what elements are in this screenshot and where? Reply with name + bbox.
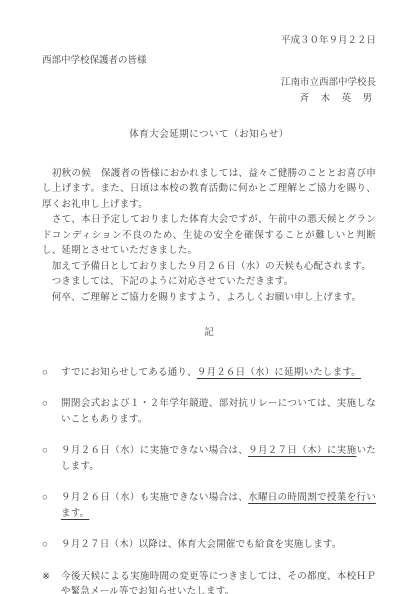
paragraph-greeting: 初秋の候 保護者の皆様におかれましては、益々ご健勝のこととお喜び申し上げます。ま… xyxy=(42,167,376,214)
notice-item-1-text: すでにお知らせしてある通り、９月２６日（水）に延期いたします。 xyxy=(61,366,376,382)
circle-bullet-icon: ○ xyxy=(42,538,61,554)
item-text-plain: 開閉会式および１・２年学年競遊、部対抗リレーについては、実施しないこともあります… xyxy=(61,399,376,425)
paragraph-postponement-reason: さて、本日予定しておりました体育大会ですが、午前中の悪天候とグランドコンディショ… xyxy=(42,213,376,260)
addressee: 西部中学校保護者の皆様 xyxy=(42,54,376,70)
sender-title: 江南市立西部中学校長 xyxy=(42,76,376,92)
item-text-underlined: ９月２７日（木）に実施 xyxy=(248,446,356,456)
notice-item-2-text: 開閉会式および１・２年学年競遊、部対抗リレーについては、実施しないこともあります… xyxy=(61,397,376,428)
notice-item-1: ○ すでにお知らせしてある通り、９月２６日（水）に延期いたします。 xyxy=(42,366,376,382)
sender-name: 斉 木 英 男 xyxy=(42,92,376,108)
circle-bullet-icon: ○ xyxy=(42,397,61,428)
item-text-underlined: ９月２６日（水）に延期いたします。 xyxy=(197,368,361,378)
document-page: 平成３０年９月２２日 西部中学校保護者の皆様 江南市立西部中学校長 斉 木 英 … xyxy=(0,0,420,594)
reference-mark-icon: ※ xyxy=(42,570,61,594)
circle-bullet-icon: ○ xyxy=(42,366,61,382)
document-content: 平成３０年９月２２日 西部中学校保護者の皆様 江南市立西部中学校長 斉 木 英 … xyxy=(0,0,420,594)
remark-item: ※ 今後天候による実施時間の変更等につきましては、その都度、本校ＨＰや緊急メール… xyxy=(42,570,376,594)
circle-bullet-icon: ○ xyxy=(42,444,61,475)
paragraph-closing: 何卒、ご理解とご協力を賜りますよう、よろしくお願い申し上げます。 xyxy=(42,291,376,307)
item-text-plain: ９月２６日（水）も実施できない場合は、 xyxy=(61,493,248,503)
notice-item-2: ○ 開閉会式および１・２年学年競遊、部対抗リレーについては、実施しないこともあり… xyxy=(42,397,376,428)
notice-item-5-text: ９月２７日（木）以降は、体育大会開催でも給食を実施します。 xyxy=(61,538,376,554)
item-text-plain: ９月２６日（水）に実施できない場合は、 xyxy=(61,446,248,456)
paragraph-response: つきましては、下記のように対応させていただきます。 xyxy=(42,275,376,291)
item-text-plain: すでにお知らせしてある通り、 xyxy=(61,368,197,378)
circle-bullet-icon: ○ xyxy=(42,491,61,522)
remark-text: 今後天候による実施時間の変更等につきましては、その都度、本校ＨＰや緊急メール等で… xyxy=(61,570,376,594)
notice-item-5: ○ ９月２７日（木）以降は、体育大会開催でも給食を実施します。 xyxy=(42,538,376,554)
document-title: 体育大会延期について（お知らせ） xyxy=(42,128,376,144)
notice-item-3: ○ ９月２６日（水）に実施できない場合は、９月２７日（木）に実施いたします。 xyxy=(42,444,376,475)
notice-item-4: ○ ９月２６日（水）も実施できない場合は、水曜日の時間割で授業を行います。 xyxy=(42,491,376,522)
document-date: 平成３０年９月２２日 xyxy=(42,34,376,50)
body-paragraphs: 初秋の候 保護者の皆様におかれましては、益々ご健勝のこととお喜び申し上げます。ま… xyxy=(42,167,376,307)
item-text-plain: ９月２７日（木）以降は、体育大会開催でも給食を実施します。 xyxy=(61,540,342,550)
record-heading: 記 xyxy=(42,326,376,342)
notice-item-3-text: ９月２６日（水）に実施できない場合は、９月２７日（木）に実施いたします。 xyxy=(61,444,376,475)
notice-item-4-text: ９月２６日（水）も実施できない場合は、水曜日の時間割で授業を行います。 xyxy=(61,491,376,522)
paragraph-reserve-day: 加えて予備日としておりました９月２６日（水）の天候も心配されます。 xyxy=(42,260,376,276)
